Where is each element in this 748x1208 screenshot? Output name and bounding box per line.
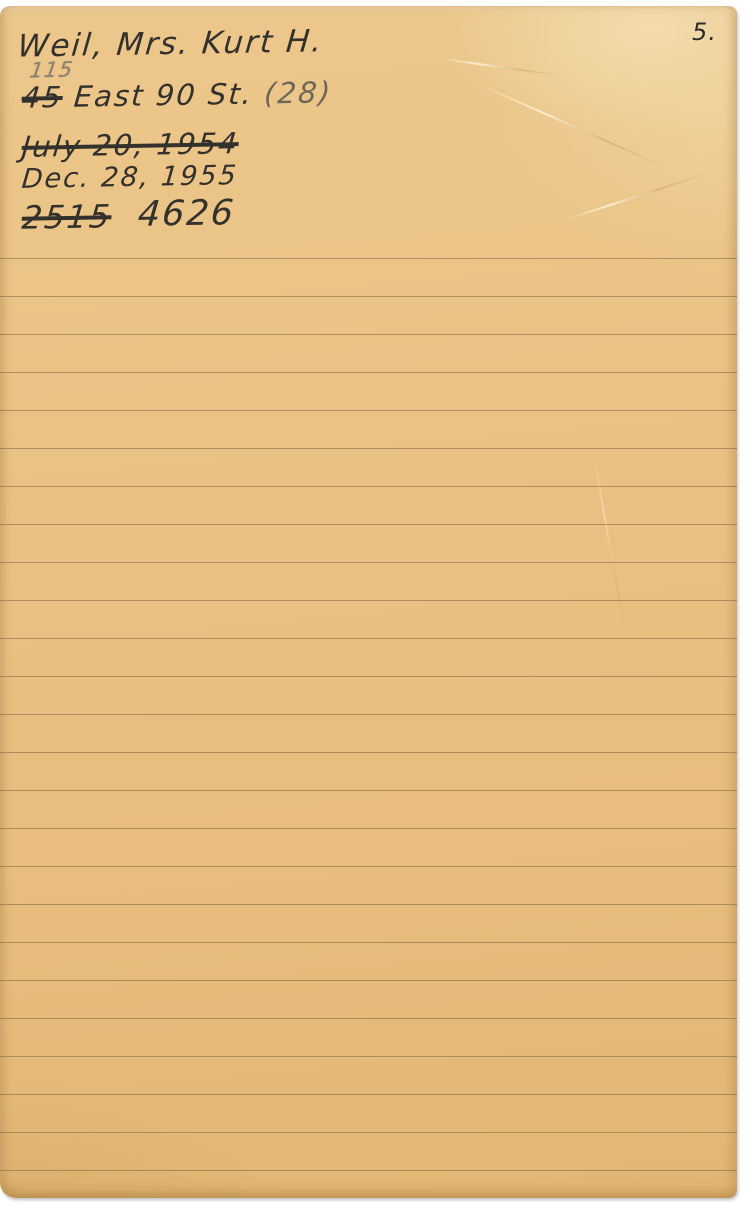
address-line: 45 East 90 St. (28) [20, 75, 333, 114]
membership-date-new: Dec. 28, 1955 [20, 160, 239, 195]
library-card: 5. Weil, Mrs. Kurt H. 115 45 East 90 St.… [0, 6, 737, 1198]
page-number: 5. [692, 18, 717, 46]
membership-date-old: July 20, 1954 [20, 126, 240, 164]
house-number-old: 45 [20, 80, 64, 115]
account-number-old: 2515 [20, 197, 113, 237]
address-paren: (28) [263, 75, 334, 110]
account-number-new: 4626 [136, 193, 237, 235]
paper-crease [479, 83, 672, 170]
paper-crease [440, 58, 559, 77]
ruled-lines [0, 221, 737, 1198]
house-number-new: 115 [28, 57, 75, 82]
paper-crease [563, 173, 706, 221]
address-street: East 90 St. [72, 77, 254, 114]
scanned-library-card-page: { "page_number": "5.", "header": { "name… [0, 0, 748, 1208]
paper-crease [593, 458, 626, 636]
